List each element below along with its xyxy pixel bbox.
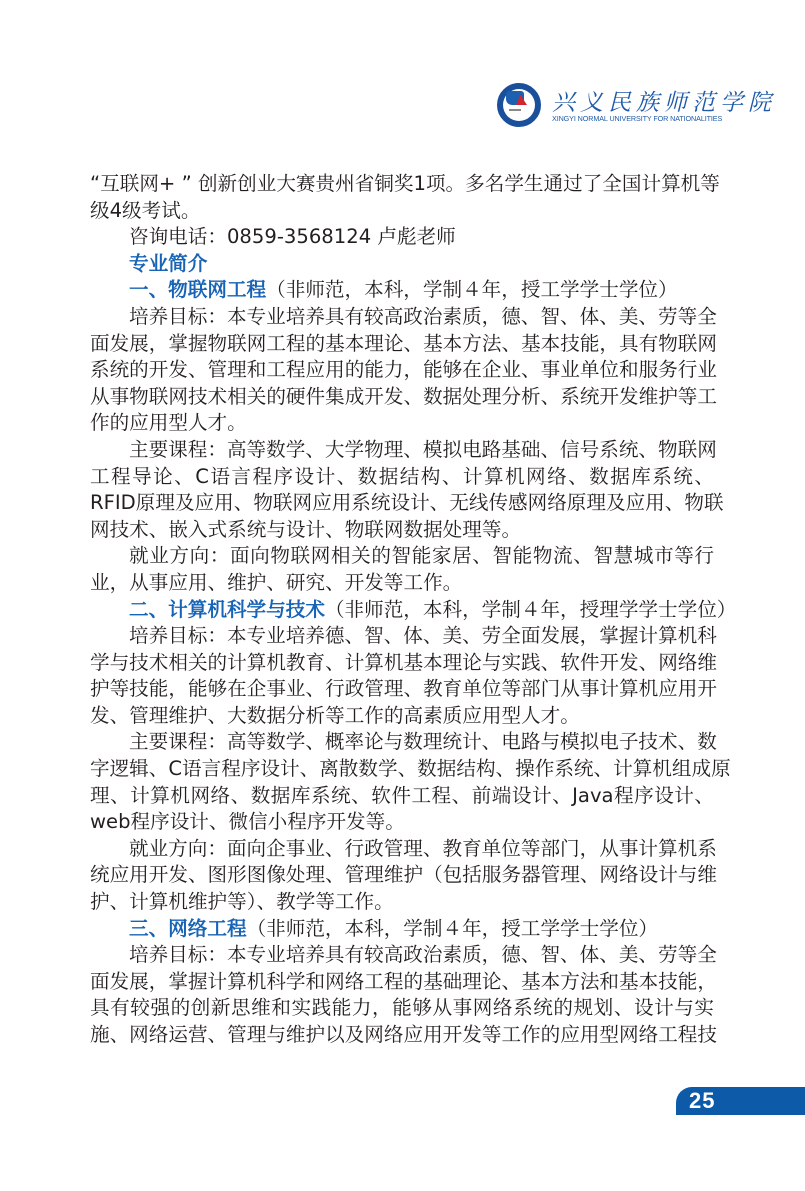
text-line: web程序设计、微信小程序开发等。 — [90, 809, 714, 836]
text-line: 字逻辑、C语言程序设计、离散数学、数据结构、操作系统、计算机组成原 — [90, 756, 714, 783]
text-line: 级4级考试。 — [90, 198, 714, 225]
major-meta: （非师范，本科，学制４年，授工学学士学位） — [266, 278, 677, 301]
page-number-tab: 25 — [676, 1087, 805, 1115]
major-title: 二、计算机科学与技术 — [129, 598, 325, 621]
major-meta: （非师范，本科，学制４年，授工学学士学位） — [247, 917, 658, 940]
university-seal-icon — [497, 83, 541, 127]
text-line: 系统的开发、管理和工程应用的能力，能够在企业、事业单位和服务行业 — [90, 357, 714, 384]
text-line: 理、计算机网络、数据库系统、软件工程、前端设计、Java程序设计、 — [90, 783, 714, 810]
text-line: 发、管理维护、大数据分析等工作的高素质应用型人才。 — [90, 703, 714, 730]
major-heading-line: 一、物联网工程（非师范，本科，学制４年，授工学学士学位） — [90, 277, 714, 304]
contact-line: 咨询电话：0859-3568124 卢彪老师 — [90, 224, 714, 251]
major-heading-line: 二、计算机科学与技术（非师范，本科，学制４年，授理学学士学位） — [90, 597, 714, 624]
page-number: 25 — [689, 1088, 715, 1114]
text-line: 业，从事应用、维护、研究、开发等工作。 — [90, 570, 714, 597]
text-line: 统应用开发、图形图像处理、管理维护（包括服务器管理、网络设计与维 — [90, 862, 714, 889]
university-name-en: XINGYI NORMAL UNIVERSITY FOR NATIONALITI… — [552, 114, 722, 123]
text-line: 具有较强的创新思维和实践能力，能够从事网络系统的规划、设计与实 — [90, 995, 714, 1022]
text-line: 主要课程：高等数学、大学物理、模拟电路基础、信号系统、物联网 — [90, 437, 714, 464]
text-line: 培养目标：本专业培养德、智、体、美、劳全面发展，掌握计算机科 — [90, 623, 714, 650]
text-line: 从事物联网技术相关的硬件集成开发、数据处理分析、系统开发维护等工 — [90, 384, 714, 411]
text-line: 施、网络运营、管理与维护以及网络应用开发等工作的应用型网络工程技 — [90, 1022, 714, 1049]
text-line: 就业方向：面向物联网相关的智能家居、智能物流、智慧城市等行 — [90, 543, 714, 570]
text-line: 就业方向：面向企事业、行政管理、教育单位等部门，从事计算机系 — [90, 836, 714, 863]
text-line: 培养目标：本专业培养具有较高政治素质，德、智、体、美、劳等全 — [90, 304, 714, 331]
text-line: 面发展，掌握物联网工程的基本理论、基本方法、基本技能，具有物联网 — [90, 331, 714, 358]
text-line: 护、计算机维护等）、教学等工作。 — [90, 889, 714, 916]
text-line: 面发展，掌握计算机科学和网络工程的基础理论、基本方法和基本技能， — [90, 969, 714, 996]
text-line: 培养目标：本专业培养具有较高政治素质，德、智、体、美、劳等全 — [90, 942, 714, 969]
document-body: “互联网+ ” 创新创业大赛贵州省铜奖1项。多名学生通过了全国计算机等 级4级考… — [90, 171, 714, 1049]
major-title: 三、网络工程 — [129, 917, 247, 940]
text-line: RFID原理及应用、物联网应用系统设计、无线传感网络原理及应用、物联 — [90, 490, 714, 517]
text-line: “互联网+ ” 创新创业大赛贵州省铜奖1项。多名学生通过了全国计算机等 — [90, 171, 714, 198]
text-line: 主要课程：高等数学、概率论与数理统计、电路与模拟电子技术、数 — [90, 729, 714, 756]
major-title: 一、物联网工程 — [129, 278, 266, 301]
text-line: 护等技能，能够在企事业、行政管理、教育单位等部门从事计算机应用开 — [90, 676, 714, 703]
text-line: 网技术、嵌入式系统与设计、物联网数据处理等。 — [90, 517, 714, 544]
text-line: 学与技术相关的计算机教育、计算机基本理论与实践、软件开发、网络维 — [90, 650, 714, 677]
section-title: 专业简介 — [90, 251, 714, 278]
university-name-cn: 兴义民族师范学院 — [552, 84, 776, 117]
major-heading-line: 三、网络工程（非师范，本科，学制４年，授工学学士学位） — [90, 916, 714, 943]
major-meta: （非师范，本科，学制４年，授理学学士学位） — [325, 598, 736, 621]
text-line: 作的应用型人才。 — [90, 410, 714, 437]
text-line: 工程导论、C语言程序设计、数据结构、计算机网络、数据库系统、 — [90, 464, 714, 491]
page-header: 兴义民族师范学院 XINGYI NORMAL UNIVERSITY FOR NA… — [494, 80, 794, 130]
